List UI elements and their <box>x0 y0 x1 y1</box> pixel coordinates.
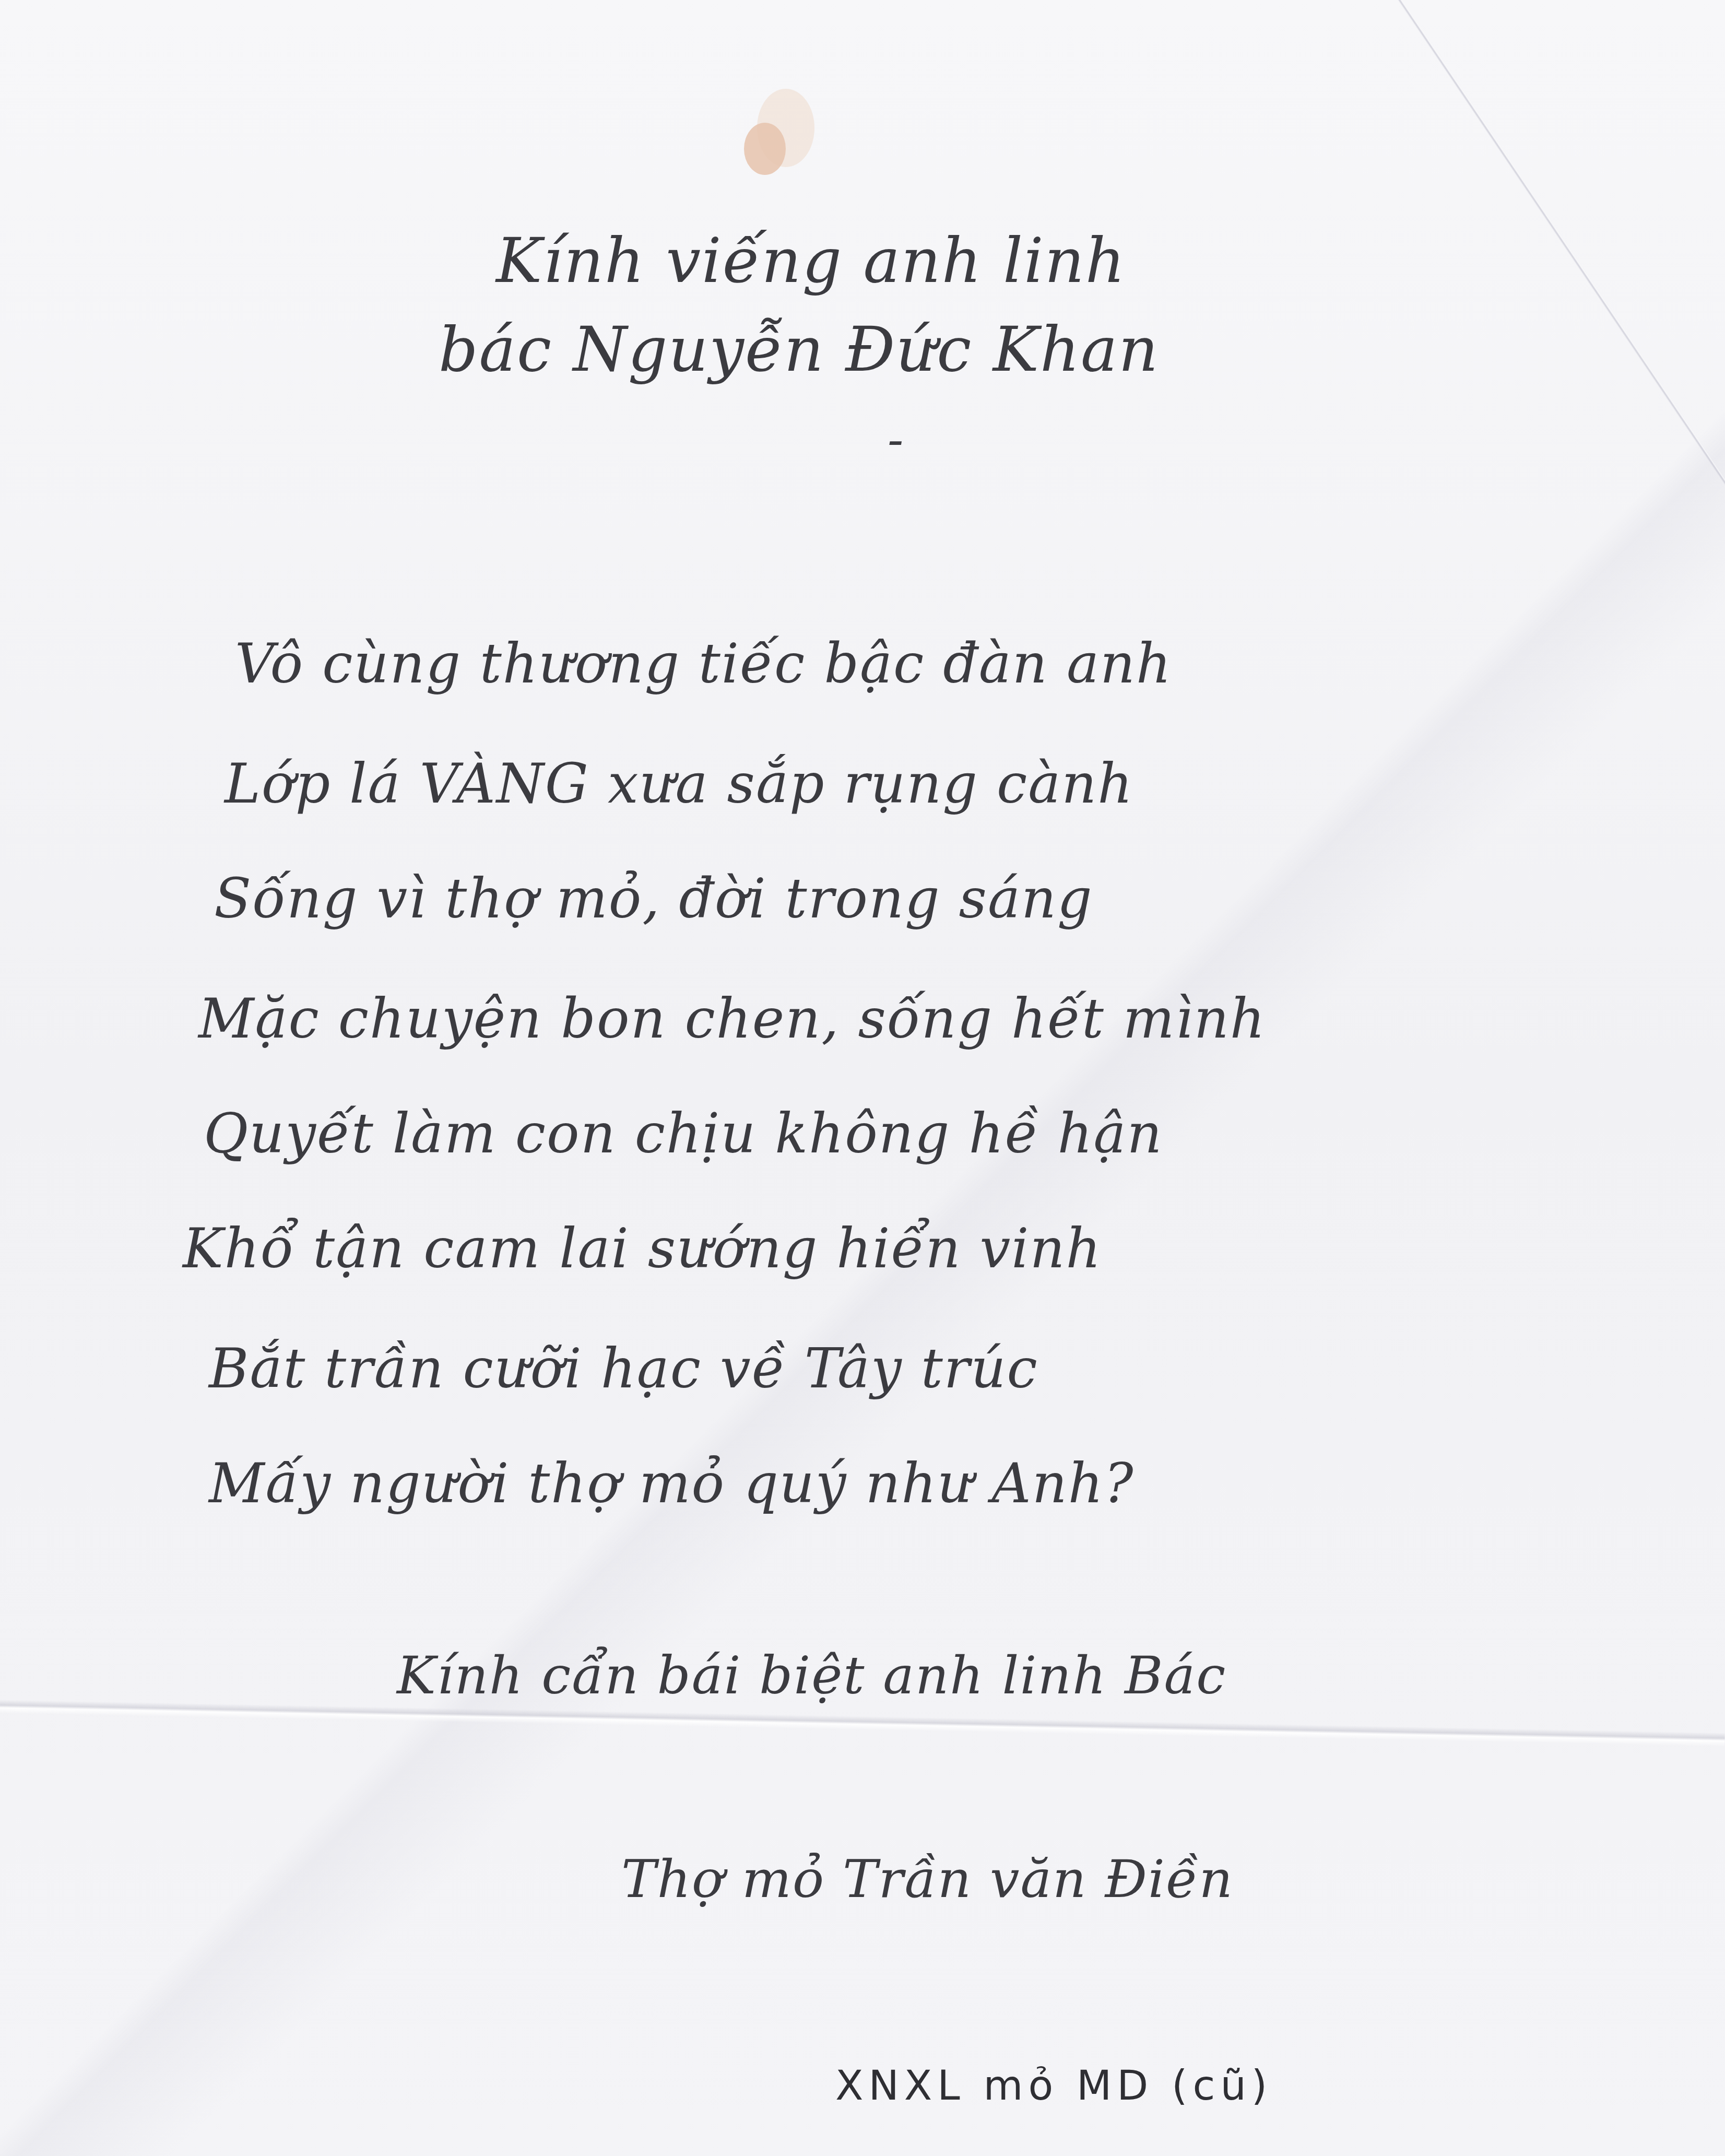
affiliation-note: XNXL mỏ MD (cũ) <box>835 2063 1272 2110</box>
poem-line-6: Khổ tận cam lai sướng hiển vinh <box>183 1217 1102 1280</box>
poem-line-7: Bắt trần cưỡi hạc về Tây trúc <box>209 1337 1038 1400</box>
poem-line-2: Lớp lá VÀNG xưa sắp rụng cành <box>225 752 1133 816</box>
closing-line: Kính cẩn bái biệt anh linh Bác <box>397 1645 1226 1706</box>
poem-line-3: Sống vì thợ mỏ, đời trong sáng <box>214 867 1093 930</box>
poem-line-5: Quyết làm con chịu không hề hận <box>204 1102 1163 1165</box>
poem-line-4: Mặc chuyện bon chen, sống hết mình <box>198 987 1266 1051</box>
signature: Thợ mỏ Trần văn Điền <box>621 1848 1234 1910</box>
title-line-2: bác Nguyễn Đức Khan <box>439 313 1159 385</box>
poem-line-8: Mấy người thợ mỏ quý như Anh? <box>209 1452 1134 1515</box>
title-separator: - <box>888 413 904 467</box>
title-line-1: Kính viếng anh linh <box>496 225 1126 297</box>
poem-line-1: Vô cùng thương tiếc bậc đàn anh <box>235 632 1172 696</box>
coffee-stain <box>744 123 786 175</box>
